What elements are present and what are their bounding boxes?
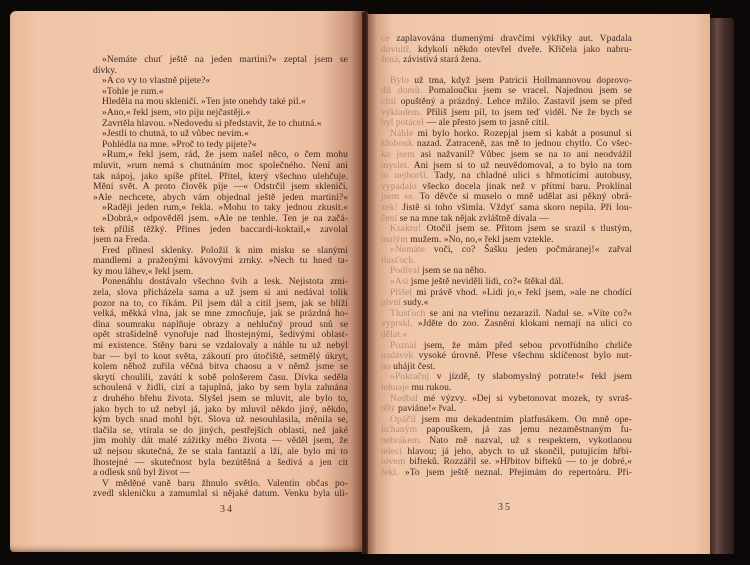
line-text: asi nažvanil? Vůbec jsem se na to ani ne… [420, 149, 632, 160]
line-text: velká, měkká vlna, jak se mne zmocňuje, … [93, 308, 348, 319]
text-line: zvedl skleničku a zamumlal si nějaké dat… [93, 489, 348, 500]
line-text: Mění svět. A proto člověk pije —« Odstrč… [93, 181, 348, 192]
faded-text: čení [381, 213, 400, 224]
line-text: To děvče si muselo o mně udělat asi pěkn… [420, 191, 632, 202]
line-text: hlavou; já jeho, abych to už skončil, pu… [407, 446, 632, 457]
line-text: »Ale nechcete, abych vám objednal ještě … [93, 192, 348, 203]
line-text: »Jestli to chutná, to už vůbec nevím.« [102, 128, 249, 139]
text-line: »Nemáte voči, co? Šašku jeden počmáranej… [381, 245, 632, 256]
faded-text: Podíval [390, 265, 422, 276]
faded-text: Tlusťoch [390, 308, 430, 319]
line-text: mi právě vhod. »Lidi jo,« řekl jsem, »al… [416, 287, 632, 298]
right-page-text: ce zaplavována tlumenými dravčími výkřik… [381, 34, 632, 478]
faded-text: vyprskl. [381, 318, 418, 329]
faded-text: vypadalo [381, 181, 422, 192]
faded-text: Opáčil [390, 414, 422, 425]
line-text: tek příliš těžký. Přines jeden baccardi-… [93, 224, 348, 235]
line-text: mandlemi a praženými kávovými zrnky. »Ne… [93, 255, 348, 266]
line-text: zaplavována tlumenými dravčími výkřiky a… [396, 33, 632, 44]
faded-text: »Nemáte [390, 244, 434, 255]
line-text: »A co vy to vlastně pijete?« [102, 75, 210, 86]
line-text: »Nemáte chuť ještě na jeden martini?« ze… [102, 54, 348, 65]
book-edge-right [710, 18, 734, 554]
line-text: bar — byl to kout světa, zákoutí pro úto… [93, 351, 348, 362]
line-text: Nato mě nazval, už s respektem, vykotlan… [429, 435, 632, 446]
line-text: kdykoli někdo otevřel dveře. Křičela jak… [418, 44, 632, 55]
line-text: jsme ještě neviděli lidi, co?« štěkal dá… [411, 276, 564, 287]
faded-text: »Asi [390, 276, 411, 287]
faded-text: myslet. [381, 160, 414, 171]
faded-text: šená, [381, 54, 403, 65]
faded-text: tělý [381, 403, 398, 414]
line-text: bifteků. Rozzářil se. »Hřbitov bifteků —… [409, 456, 632, 467]
right-page: ce zaplavována tlumenými dravčími výkřik… [367, 14, 710, 554]
line-text: »Raději jeden rum,« řekla. »Mohu to taky… [102, 202, 348, 213]
line-text: v jízdě, ty slabomyslný potrate!« řekl j… [437, 371, 632, 382]
faded-text: Poznal [390, 340, 424, 351]
line-text: Otočil jsem se. Přitom jsem se srazil s … [427, 223, 632, 234]
line-text: zvedl skleničku a zamumlal si nějaké dat… [93, 488, 348, 499]
line-text: skrytí choulili, zavátí k sobě pološerem… [93, 372, 348, 383]
line-text: pozor na to, co říkám. Pil jsem dál a cí… [93, 298, 348, 309]
faded-text: dil domů. [381, 85, 429, 96]
line-text: »To jsem ještě neznal. Přejímám do reper… [405, 467, 632, 478]
line-text: sudy.« [403, 297, 428, 308]
line-text: a odlesk snů byl život — [93, 467, 190, 478]
line-text: jim mohly dát malé zážitky mého života —… [93, 435, 348, 446]
faded-text: telecí [381, 446, 407, 457]
left-page: »Nemáte chuť ještě na jeden martini?« ze… [10, 11, 365, 552]
line-text: se ani na vteřinu nezarazil. Nadul se. »… [430, 308, 632, 319]
line-text: schoulená v židli, cizí a tajuplná, jako… [93, 382, 348, 393]
line-text: dina soumraku naplňuje obrazy a nehlučný… [93, 319, 348, 330]
text-line: řekl. »To jsem ještě neznal. Přejímám do… [381, 468, 632, 479]
line-text: papouškem, já zas jemu nezaměstnaným fu- [426, 424, 632, 435]
line-text: Hleděla na mou skleničí. »Ten jste onehd… [102, 96, 306, 107]
line-text: jako bych to už nebyl já, jako by mluvil… [93, 404, 348, 415]
line-text: mluvit, »rum nemá s chutnáním moc společ… [93, 160, 348, 171]
line-text: tlačila se, vtírala se do jiných, pestře… [93, 425, 348, 436]
line-text: Fred přinesl sklenky. Položil k nim misk… [102, 245, 348, 256]
line-text: ky mou láhev,« řekl jsem. [93, 266, 193, 277]
book-spine [362, 12, 368, 554]
line-text: paviáne!« řval. [398, 403, 456, 414]
line-text: »Jděte do zoo. Zasnění klokani nemají na… [418, 318, 632, 329]
line-text: jsem na Freda. [93, 234, 150, 245]
line-text: Pohlédla na mne. »Proč to tedy pijete?« [102, 139, 257, 150]
faded-text: dovnitř, [381, 44, 418, 55]
line-text: už tma, když jsem Patricii Hollmannovou … [414, 75, 632, 86]
line-text: kolem něhož zuřila věčná bitva chaosu a … [93, 361, 348, 372]
line-text: V měděné vaně baru žhnulo světlo. Valent… [102, 478, 348, 489]
faded-text: klobouk [381, 138, 417, 149]
line-text: voči, co? Šašku jeden počmáranej!« zařva… [434, 244, 632, 255]
faded-text: lichaným [381, 424, 426, 435]
faded-text: zek! [381, 202, 402, 213]
line-text: kým bych snad mohl být. Slova už nesouhl… [93, 414, 348, 425]
line-text: Pomaloučku jsem se vracel. Najednou jsem… [429, 85, 632, 96]
line-text: vysoké úrovně. Přese všechnu sklíčenost … [419, 350, 632, 361]
line-text: — ale přesto jsem to jasně cítil. [426, 117, 549, 128]
line-text: Zavrtěla hlavou. »Nedovedu si představit… [102, 118, 322, 129]
line-text: mi bylo horko. Rozepjal jsem si kabát a … [418, 128, 632, 139]
line-text: lhostejné — skutečnost byla bezútěšná a … [93, 457, 348, 468]
text-line: vyprskl. »Jděte do zoo. Zasnění klokani … [381, 319, 632, 330]
page-number-right: 35 [498, 502, 512, 513]
faded-text: nebrákem. [381, 435, 429, 446]
faded-text: pivní [381, 297, 403, 308]
faded-text: Bylo [390, 75, 414, 86]
line-text: jsem mu dekadentním platfusákem. On mně … [422, 414, 632, 425]
line-text: z druhého břehu života. Slyšel jsem se m… [93, 393, 348, 404]
line-text: uhájit čest. [393, 361, 435, 372]
line-text: Tady, na chladné ulici s hřmotícími auto… [434, 170, 632, 181]
faded-text: byl potácel [381, 117, 426, 128]
line-text: mi existence. Stěny baru se vzdalovaly a… [93, 340, 348, 351]
faded-text: tlusťoch. [381, 255, 416, 266]
faded-text: no [381, 361, 393, 372]
line-text: jsem se na něho. [422, 265, 486, 276]
line-text: všecko docela jinak než v přítmí baru. P… [422, 181, 632, 192]
line-text: tak nápoj, jako spíše přítel. Přítel, kt… [93, 171, 348, 182]
line-text: Jistě si toho všimla. Vždyť sama skoro n… [402, 202, 632, 213]
faded-text: Ksakru! [390, 223, 427, 234]
line-text: Příliš jsem pil, to jsem teď viděl. Ne ž… [426, 107, 632, 118]
line-text: mé výzvy. »Dej si vybetonovat mozek, ty … [424, 393, 632, 404]
faded-text: tovem [381, 456, 409, 467]
line-text: »Dobrá,« odpověděl jsem. »Ale ne tenhle.… [102, 213, 348, 224]
line-text: jsem, že mám před sebou prvotřídního chr… [424, 340, 632, 351]
faded-text: lehnaje [381, 382, 412, 393]
text-line: »Nemáte chuť ještě na jeden martini?« ze… [93, 55, 348, 66]
faded-text: »Pokračuj [390, 371, 437, 382]
faded-text: výkladem. [381, 107, 426, 118]
line-text: už nejsou skutečná, že se stala fantazií… [93, 446, 348, 457]
faded-text: ko jsem [381, 149, 420, 160]
line-text: »Rum,« řekl jsem, rád, že jsem našel něc… [102, 149, 348, 160]
line-text: opět strašidelně vynořuje nad lhostejným… [93, 329, 348, 340]
left-page-text: »Nemáte chuť ještě na jeden martini?« ze… [93, 55, 348, 500]
line-text: nazad. Zatraceně, zas mě to jednou chytl… [417, 138, 632, 149]
line-text: dívky. [93, 65, 117, 76]
faded-text: ce [381, 33, 396, 44]
faded-text: cítil [381, 96, 401, 107]
line-text: mu rukou. [412, 382, 452, 393]
line-text: Ani jsem si to už neuvědomoval, a to byl… [414, 160, 632, 171]
faded-text: řekl. [381, 467, 405, 478]
faded-text: nadávek [381, 350, 419, 361]
faded-text: to nejhorší. [381, 170, 434, 181]
line-text: Ponenáhlu dostávalo všechno švih a lesk.… [102, 276, 348, 287]
line-text: závistivá stará žena. [403, 54, 481, 65]
text-line: šená, závistivá stará žena. [381, 55, 632, 66]
faded-text: jsem se. [381, 191, 420, 202]
line-text: se na mne tak nějak zvláštně dívala — [400, 213, 549, 224]
faded-text: Nedbal [390, 393, 424, 404]
page-number-left: 34 [220, 504, 234, 515]
line-text: opuštěný a prázdný. Lehce mžilo. Zastavi… [401, 96, 632, 107]
open-book: »Nemáte chuť ještě na jeden martini?« ze… [0, 0, 750, 565]
line-text: »Tohle je rum.« [102, 86, 164, 97]
line-text: zela, slova přicházela sama a už jsem si… [93, 287, 348, 298]
faded-text: Přišel [390, 287, 416, 298]
faded-text: Náhle [390, 128, 418, 139]
line-text: »Ano,« řekl jsem, »to piju nejčastěji.« [102, 107, 251, 118]
faded-text: dělat.« [381, 329, 407, 340]
